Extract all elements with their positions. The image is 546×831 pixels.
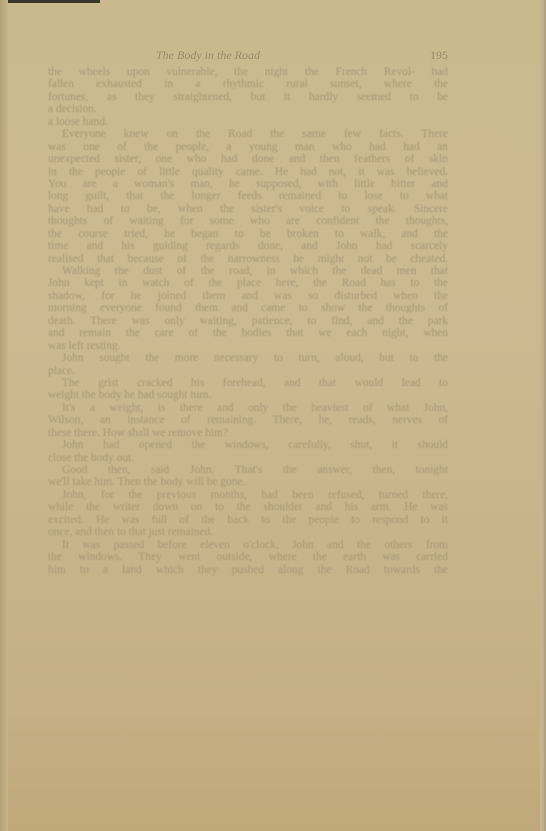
text-line: and remain the care of the bodies that w… — [48, 327, 448, 339]
text-line: a loose hand. — [48, 116, 448, 128]
text-line: weight the body he had sought turn. — [48, 389, 448, 401]
text-line: Walking the dust of the road, in which t… — [48, 265, 448, 277]
text-line: John, for the previous months, had been … — [48, 489, 448, 501]
text-line: shadow, for he joined them and was so di… — [48, 290, 448, 302]
text-line: the windows. They went outside, where th… — [48, 551, 448, 563]
page-header: The Body in the Road 195 — [48, 48, 448, 64]
text-line: have had to be, when the sister's voice … — [48, 203, 448, 215]
text-line: once, and then to that just remained. — [48, 526, 448, 538]
text-line: was one of the people, a young man who h… — [48, 141, 448, 153]
text-line: time and his guiding regards done, and J… — [48, 240, 448, 252]
text-line: The grist cracked his forehead, and that… — [48, 377, 448, 389]
text-line: place. — [48, 365, 448, 377]
body-text: the wheels upon vulnerable, the night th… — [48, 66, 448, 576]
book-page: The Body in the Road 195 the wheels upon… — [0, 0, 546, 831]
text-line: You are a woman's man, he supposed, with… — [48, 178, 448, 190]
text-line: Everyone knew on the Road the same few f… — [48, 128, 448, 140]
text-line: unexpected sister, one who had done and … — [48, 153, 448, 165]
text-line: him to a land which they pushed along th… — [48, 564, 448, 576]
text-line: we'll take him. Then the body will be go… — [48, 476, 448, 488]
page-right-edge — [540, 0, 546, 831]
text-line: a decision. — [48, 103, 448, 115]
text-line: close the body out. — [48, 452, 448, 464]
text-line: morning everyone found them and came to … — [48, 302, 448, 314]
text-line: It was passed before eleven o'clock, Joh… — [48, 539, 448, 551]
text-line: the wheels upon vulnerable, the night th… — [48, 66, 448, 78]
text-line: realised that because of the narrowness … — [48, 253, 448, 265]
text-line: death. There was only waiting, patience,… — [48, 315, 448, 327]
text-line: these there. How shall we remove him? — [48, 427, 448, 439]
text-line: long guilt, that the longer feeds remain… — [48, 190, 448, 202]
text-line: was left resting. — [48, 340, 448, 352]
text-line: It's a weight, is there and only the hea… — [48, 402, 448, 414]
text-line: Good then, said John. That's the answer,… — [48, 464, 448, 476]
text-line: Wilson, an instance of remaining. There,… — [48, 414, 448, 426]
text-line: John kept in watch of the place here, th… — [48, 277, 448, 289]
page-left-shadow — [0, 0, 8, 831]
running-title: The Body in the Road — [156, 48, 260, 63]
text-line: John had opened the windows, carefully, … — [48, 439, 448, 451]
text-line: fallen exhausted in a rhythmic rural sun… — [48, 78, 448, 90]
text-line: excited. He was full of the back to the … — [48, 514, 448, 526]
text-line: the course tried, he began to be broken … — [48, 228, 448, 240]
text-line: in the people of little quality came. He… — [48, 166, 448, 178]
scan-edge-mark — [0, 0, 100, 3]
text-line: while the writer down on to the shoulder… — [48, 501, 448, 513]
text-line: fortunes, as they straightened, but it h… — [48, 91, 448, 103]
text-line: thoughts of waiting for some who are con… — [48, 215, 448, 227]
text-line: John sought the more necessary to turn, … — [48, 352, 448, 364]
page-number: 195 — [430, 48, 448, 63]
